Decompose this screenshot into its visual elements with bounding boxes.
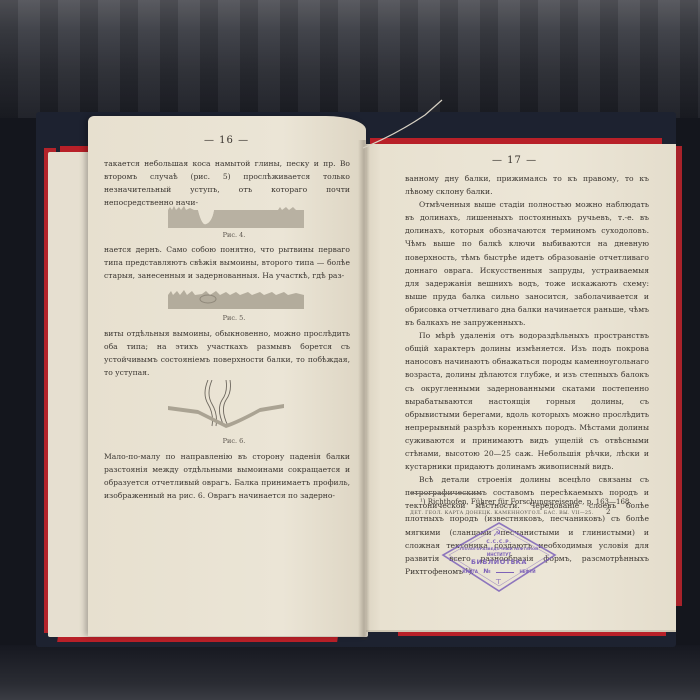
background-top (0, 0, 700, 118)
stamp-number-sign: № (483, 568, 490, 575)
left-page-number: — 16 — (204, 135, 249, 146)
stamp-line-institute: ИНСТИТУТ (441, 552, 557, 557)
figure-5-illustration (168, 289, 304, 311)
stamp-line-institute-name: ГЕОЛОГОРАЗВЕДОЧНЫЙ НЕФТЯНОЙ (441, 547, 557, 551)
left-para1-text: такается небольшая коса намытой глины, п… (104, 157, 350, 209)
stamp-line-book-number: КНИГА № НЕФТИ (441, 568, 557, 575)
left-para2-text: нается дернъ. Само собою понятно, что ры… (104, 243, 350, 282)
left-para3-text: виты отдѣльныя вымоины, обыкновенно, мож… (104, 327, 350, 379)
footnote-divider (410, 493, 482, 494)
right-para2-text: Отмѣченныя выше стадіи полностью можно н… (405, 198, 649, 329)
stamp-book-label: КНИГА (462, 569, 478, 574)
cover-red-edge-right (676, 146, 682, 606)
left-para4-text: Мало-по-малу по направленію въ сторону п… (104, 450, 350, 502)
stamp-line-ussr: С.С.С.Р. (441, 540, 557, 545)
left-paragraph-3: виты отдѣльныя вымоины, обыкновенно, мож… (104, 327, 350, 379)
left-paragraph-1: такается небольшая коса намытой глины, п… (104, 157, 350, 209)
figure-6-caption: Рис. 6. (204, 437, 264, 445)
figure-5-caption: Рис. 5. (204, 314, 264, 322)
left-paragraph-4: Мало-по-малу по направленію въ сторону п… (104, 450, 350, 502)
figure-6-illustration (168, 380, 298, 430)
book-spine (358, 140, 370, 640)
figure-4-caption: Рис. 4. (204, 231, 264, 239)
stamp-number-blank (496, 572, 514, 573)
printer-imprint: ДЕТ. ГЕОЛ. КАРТА ДОНЕЦК. КАМЕННОУГОЛ. БА… (410, 511, 593, 516)
stamp-oil-label: НЕФТИ (519, 569, 535, 574)
library-stamp: ☭ С.С.С.Р. ГЕОЛОГОРАЗВЕДОЧНЫЙ НЕФТЯНОЙ И… (441, 521, 557, 593)
right-page-number: — 17 — (492, 155, 537, 166)
right-para3-text: По мѣрѣ удаленія отъ водораздѣльныхъ про… (405, 329, 649, 473)
hammer-sickle-icon: ☭ (493, 529, 501, 539)
footnote: ¹) Richthofen, Führer für Forschungsreis… (420, 498, 632, 506)
stamp-line-library: БИБЛИОТЕКА (441, 558, 557, 566)
right-text-column: ванному дну балки, прижимаясь то къ прав… (405, 172, 649, 578)
background-bottom (0, 645, 700, 700)
right-para1-text: ванному дну балки, прижимаясь то къ прав… (405, 172, 649, 198)
left-paragraph-2: нается дернъ. Само собою понятно, что ры… (104, 243, 350, 282)
signature-mark: 2 (606, 508, 610, 516)
drilling-rig-icon: ⊤ (495, 578, 502, 586)
figure-4-illustration (168, 204, 304, 228)
